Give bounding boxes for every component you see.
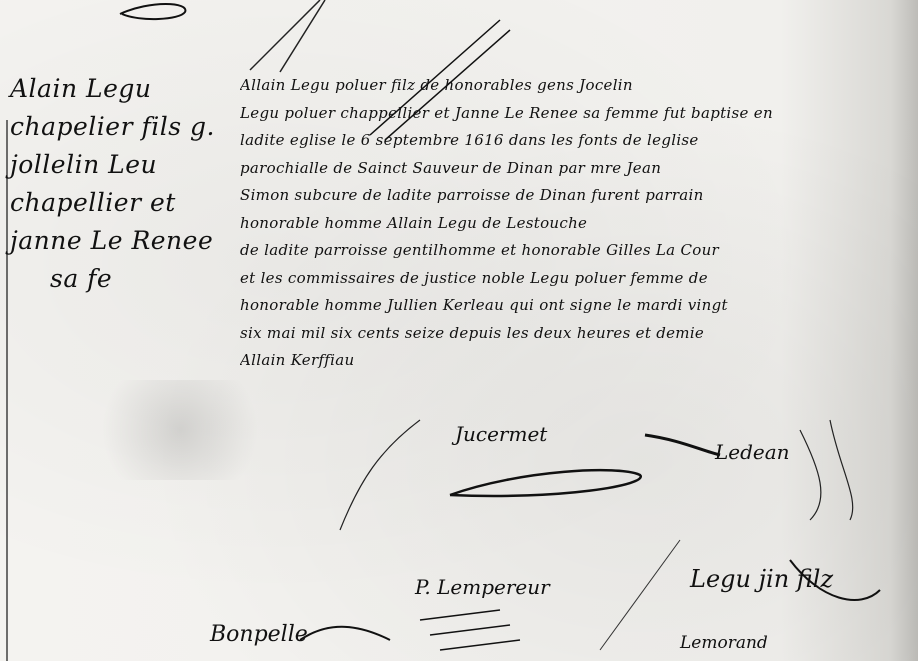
entry-line: Legu poluer chappellier et Janne Le Rene… (240, 100, 900, 128)
margin-note: Alain Legu chapelier fils g. jollelin Le… (10, 70, 230, 298)
signature: Jucermet (455, 422, 547, 446)
manuscript-page: Alain Legu chapelier fils g. jollelin Le… (0, 0, 918, 661)
signature: Ledean (715, 440, 790, 464)
entry-line: six mai mil six cents seize depuis les d… (240, 320, 900, 348)
entry-line: Allain Kerffiau (240, 347, 900, 375)
margin-line: sa fe (10, 260, 230, 298)
signature: Lemorand (680, 633, 768, 653)
signature: Legu jin filz (690, 565, 833, 593)
entry-line: de ladite parroisse gentilhomme et honor… (240, 237, 900, 265)
ink-stain (80, 380, 280, 480)
entry-line: et les commissaires de justice noble Leg… (240, 265, 900, 293)
margin-line: chapelier fils g. (10, 108, 230, 146)
entry-line: Allain Legu poluer filz de honorables ge… (240, 72, 900, 100)
baptism-entry: Allain Legu poluer filz de honorables ge… (240, 72, 900, 375)
entry-line: parochialle de Sainct Sauveur de Dinan p… (240, 155, 900, 183)
entry-line: honorable homme Jullien Kerleau qui ont … (240, 292, 900, 320)
signature: Bonpelle (210, 622, 308, 647)
entry-line: honorable homme Allain Legu de Lestouche (240, 210, 900, 238)
margin-line: janne Le Renee (10, 222, 230, 260)
margin-line: chapellier et (10, 184, 230, 222)
entry-line: Simon subcure de ladite parroisse de Din… (240, 182, 900, 210)
margin-rule (6, 120, 8, 661)
margin-line: jollelin Leu (10, 146, 230, 184)
signature: P. Lempereur (415, 575, 550, 599)
margin-line: Alain Legu (10, 70, 230, 108)
entry-line: ladite eglise le 6 septembre 1616 dans l… (240, 127, 900, 155)
